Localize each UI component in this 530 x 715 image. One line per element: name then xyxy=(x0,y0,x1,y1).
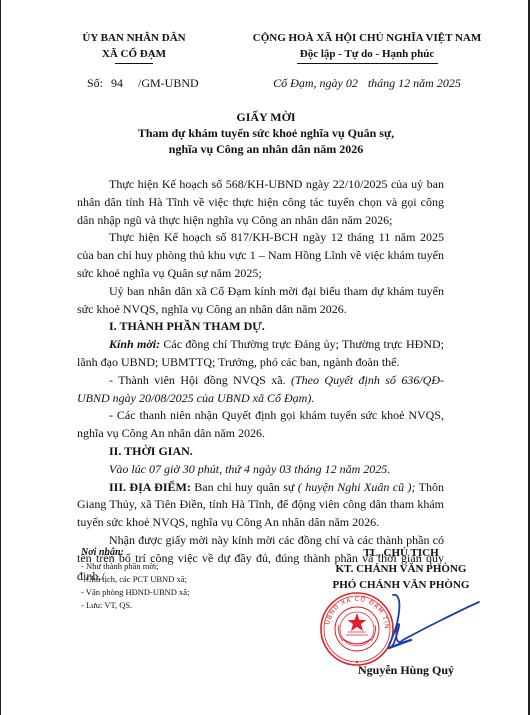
doc-number-label: Số: xyxy=(87,76,103,90)
document-body: Thực hiện Kế hoạch số 568/KH-UBND ngày 2… xyxy=(77,176,444,585)
paragraph-plan-568: Thực hiện Kế hoạch số 568/KH-UBND ngày 2… xyxy=(77,176,444,229)
recipient-item: - Văn phòng HĐND-UBND xã; xyxy=(81,586,189,599)
national-motto: Độc lập - Tự do - Hạnh phúc xyxy=(237,46,497,62)
recipients-heading: Nơi nhận: xyxy=(81,546,189,559)
paragraph-council-members: - Thành viên Hội đồng NVQS xã. (Theo Quy… xyxy=(77,372,444,408)
date-place-day: Cổ Đạm, ngày 02 xyxy=(273,76,358,90)
paragraph-invitation: Uỷ ban nhân dân xã Cổ Đạm kính mời đại b… xyxy=(77,283,444,319)
issuer-authority: ỦY BAN NHÂN DÂN xyxy=(59,30,209,46)
document-title: GIẤY MỜI xyxy=(1,109,530,125)
document-subtitle-2: nghĩa vụ Công an nhân dân năm 2026 xyxy=(1,141,530,157)
issuer-underline xyxy=(115,63,153,64)
section-location-heading: III. ĐỊA ĐIỂM: xyxy=(109,480,191,494)
recipient-item: - Lưu: VT, QS. xyxy=(81,599,189,612)
document-number: Số: 94 /GM-UBND xyxy=(87,76,199,91)
paragraph-youth: - Các thanh niên nhận Quyết định gọi khá… xyxy=(77,407,444,443)
place-text: Ban chỉ huy quân sự xyxy=(191,480,298,494)
section-participants-heading: I. THÀNH PHẦN THAM DỰ. xyxy=(77,318,444,336)
paragraph-invitees: Kính mời: Các đồng chí Thường trực Đảng … xyxy=(77,336,444,372)
issuer-commune: XÃ CỔ ĐẠM xyxy=(59,46,209,62)
signer-name: Nguyễn Hùng Quý xyxy=(341,663,471,678)
document-date: Cổ Đạm, ngày 02tháng 12 năm 2025 xyxy=(237,76,497,91)
document-title-block: GIẤY MỜI Tham dự khám tuyển sức khoẻ ngh… xyxy=(1,109,530,157)
recipient-item: - Như thành phần mời; xyxy=(81,560,189,573)
place-note: ( huyện Nghi Xuân cũ ); xyxy=(298,480,416,494)
paragraph-time: Vào lúc 07 giờ 30 phút, thứ 4 ngày 03 th… xyxy=(77,461,444,479)
date-month-year: tháng 12 năm 2025 xyxy=(368,76,461,90)
paragraph-plan-817: Thực hiện Kế hoạch số 817/KH-BCH ngày 12… xyxy=(77,229,444,282)
document-subtitle-1: Tham dự khám tuyển sức khoẻ nghĩa vụ Quâ… xyxy=(1,125,530,141)
member-text: - Thành viên Hội đồng NVQS xã. xyxy=(109,373,291,387)
issuer-block: ỦY BAN NHÂN DÂN XÃ CỔ ĐẠM xyxy=(59,30,209,64)
national-motto-block: CỘNG HOÀ XÃ HỘI CHỦ NGHĨA VIỆT NAM Độc l… xyxy=(237,30,497,64)
signature-title-2: KT. CHÁNH VĂN PHÒNG xyxy=(301,561,501,577)
motto-underline xyxy=(297,63,438,64)
doc-number-value: 94 xyxy=(106,76,135,90)
national-title: CỘNG HOÀ XÃ HỘI CHỦ NGHĨA VIỆT NAM xyxy=(237,30,497,46)
section-time-heading: II. THỜI GIAN. xyxy=(77,443,444,461)
signature-block: TL. CHỦ TỊCH KT. CHÁNH VĂN PHÒNG PHÓ CHÁ… xyxy=(301,545,501,593)
signature-title-1: TL. CHỦ TỊCH xyxy=(301,545,501,561)
doc-number-code: /GM-UBND xyxy=(138,76,199,90)
handwritten-signature-icon xyxy=(381,590,521,665)
recipients-block: Nơi nhận: - Như thành phần mời; - Chủ tị… xyxy=(81,546,189,612)
invite-label: Kính mời: xyxy=(109,337,160,351)
paragraph-location: III. ĐỊA ĐIỂM: Ban chỉ huy quân sự ( huy… xyxy=(77,479,444,532)
recipient-item: - Chủ tịch, các PCT UBND xã; xyxy=(81,573,189,586)
document-page: ỦY BAN NHÂN DÂN XÃ CỔ ĐẠM CỘNG HOÀ XÃ HỘ… xyxy=(1,0,530,715)
